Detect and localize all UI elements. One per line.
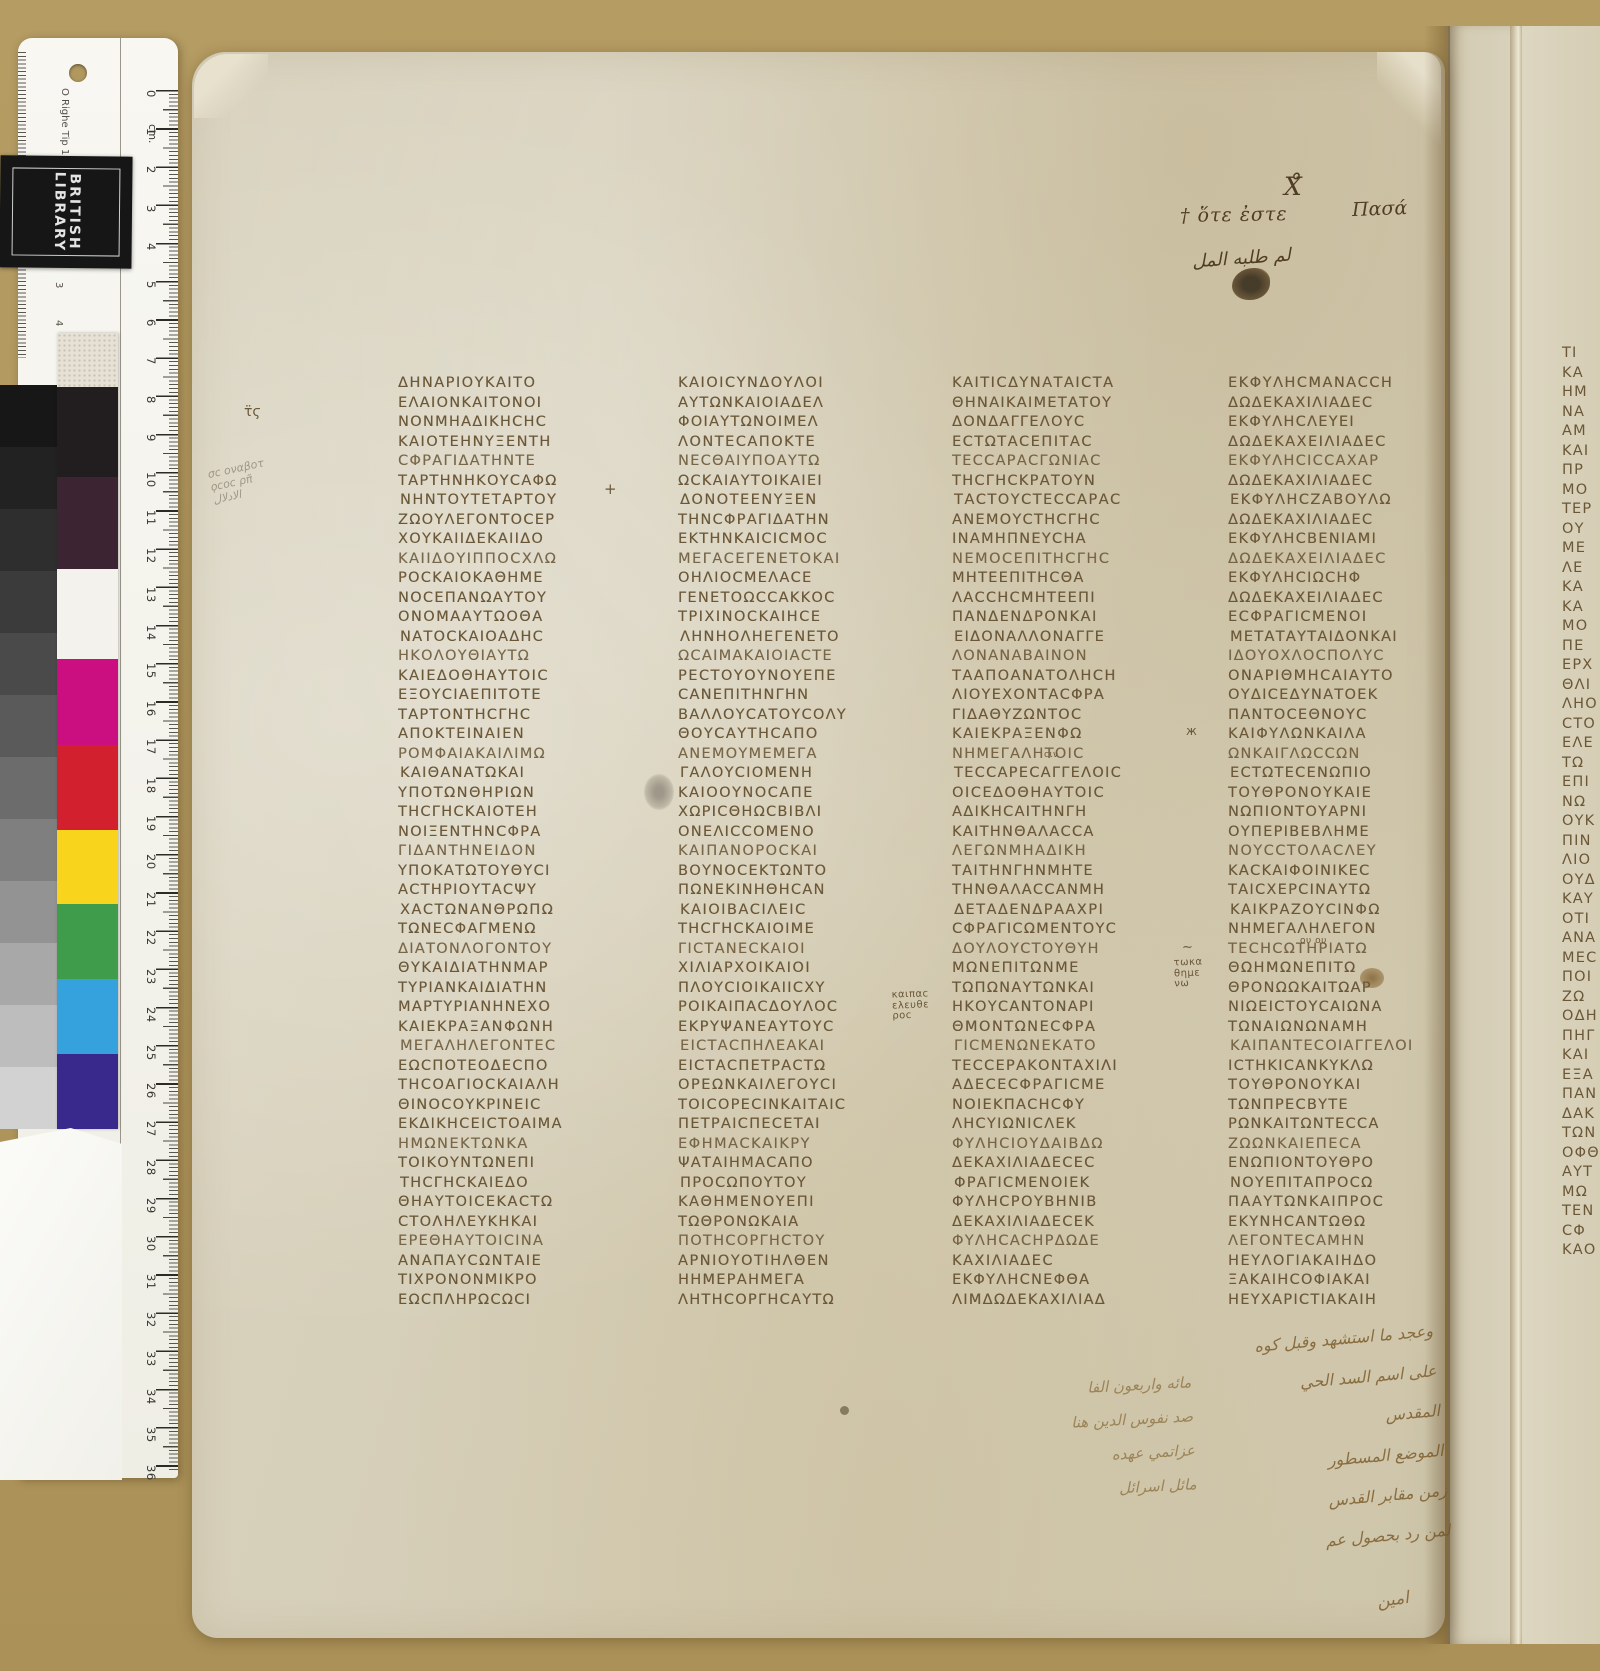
greek-text-line: ΩϹΚΑΙΑΥΤΟΙΚΑΙΕΙ [678, 472, 898, 492]
greek-text-line: ΗΚΟΥϹΑΝΤΟΝΑΡΙ [952, 998, 1172, 1018]
greek-text-line: ΤΗϹΓΗϹΚΑΙΟΙΜΕ [678, 920, 898, 940]
next-leaf-outer-face: ΤΙΚΑΗΜΝΑΑΜΚΑΙΠΡΜΟΤΕΡΟΥΜΕΛΕΚΑΚΑΜΟΠΕΕΡΧΘΛΙ… [1522, 26, 1600, 1644]
greek-text-line: ϹΑΝΕΠΙΤΗΝΓΗΝ [678, 686, 898, 706]
gray-12-swatch [0, 1067, 57, 1129]
fragment-line: ΕΛΕ [1562, 734, 1600, 754]
greek-text-line: ΓΑΛΟΥϹΙΟΜΕΝΗ [680, 764, 900, 784]
greek-text-line: ΔΗΝΑΡΙΟΥΚΑΙΤΟ [398, 374, 618, 394]
greek-text-line: ΑϹΤΗΡΙΟΥΤΑϹΨΥ [398, 881, 618, 901]
greek-text-line: ΑΝΑΠΑΥϹΩΝΤΑΙΕ [398, 1252, 618, 1272]
dark-maroon-swatch [57, 477, 118, 569]
greek-text-line: ΤΙΧΡΟΝΟΝΜΙΚΡΟ [398, 1271, 618, 1291]
fragment-line: ΑΝΑ [1562, 929, 1600, 949]
fragment-line: ΟΦΘ [1562, 1144, 1600, 1164]
green-swatch [57, 904, 118, 979]
greek-text-line: ΝΑΤΟϹΚΑΙΟΑΔΗϹ [400, 628, 620, 648]
ruler-cm-label-5: 5 [144, 281, 158, 289]
ruler-cm-label-3: 3 [144, 205, 158, 213]
greek-text-line: ΤΑΙϹΧΕΡϹΙΝΑΥΤΩ [1228, 881, 1448, 901]
next-leaf-sliver: ΤΙΚΑΗΜΝΑΑΜΚΑΙΠΡΜΟΤΕΡΟΥΜΕΛΕΚΑΚΑΜΟΠΕΕΡΧΘΛΙ… [1448, 26, 1600, 1644]
fragment-line: ΠΟΙ [1562, 968, 1600, 988]
greek-text-line: ΑΔΙΚΗϹΑΙΤΗΝΓΗ [952, 803, 1172, 823]
greek-text-line: ΗΗΜΕΡΑΗΜΕΓΑ [678, 1271, 898, 1291]
grayscale-calibration-strip [0, 385, 57, 1129]
greek-text-line: ΜΕΓΑΛΗΛΕΓΟΝΤΕϹ [400, 1037, 620, 1057]
fragment-line: ΜΕ [1562, 539, 1600, 559]
fragment-line: ΤΩΝ [1562, 1124, 1600, 1144]
greek-text-line: ΑΝΕΜΟΥϹΤΗϹΓΗϹ [952, 511, 1172, 531]
fragment-line: ΚΑ [1562, 578, 1600, 598]
fragment-line: ΝΑ [1562, 403, 1600, 423]
greek-text-line: ΤΩΠΩΝΑΥΤΩΝΚΑΙ [952, 979, 1172, 999]
manuscript-page: ΔΗΝΑΡΙΟΥΚΑΙΤΟΕΛΑΙΟΝΚΑΙΤΟΝΟΙΝΟΝΜΗΑΔΙΚΗϹΗϹ… [192, 52, 1445, 1638]
ruler-cm-label-2: 2 [144, 166, 158, 174]
gutter-shadow [1424, 26, 1450, 1644]
greek-text-line: ΠΑΑΥΤΩΝΚΑΙΠΡΟϹ [1228, 1193, 1448, 1213]
greek-text-line: ΕΚΦΥΛΗϹΜΑΝΑϹϹΗ [1228, 374, 1448, 394]
greek-text-line: ΕΚΤΗΝΚΑΙϹΙϹΜΟϹ [678, 530, 898, 550]
greek-text-line: ΛΟΝΑΝΑΒΑΙΝΟΝ [952, 647, 1172, 667]
ruler-cm-label-0: 0 [144, 90, 158, 98]
greek-text-line: ΒΟΥΝΟϹΕΚΤΩΝΤΟ [678, 862, 898, 882]
greek-text-line: ΧΑϹΤΩΝΑΝΘΡΩΠΩ [400, 901, 620, 921]
greek-text-line: ΚΑΙΤΙϹΔΥΝΑΤΑΙϹΤΑ [952, 374, 1172, 394]
text-column-4: ΕΚΦΥΛΗϹΜΑΝΑϹϹΗΔΩΔΕΚΑΧΙΛΙΑΔΕϹΕΚΦΥΛΗϹΛΕΥΕΙ… [1228, 374, 1448, 1310]
british-library-tag: BRITISH LIBRARY [0, 155, 133, 268]
fragment-line: ΕΞΑ [1562, 1066, 1600, 1086]
greek-text-line: ΦΡΑΓΙϹΜΕΝΟΙΕΚ [954, 1174, 1174, 1194]
interlinear-superscript-sin: ϲιν [1044, 750, 1059, 760]
greek-text-line: ΤΑΙΤΗΝΓΗΝΜΗΤΕ [952, 862, 1172, 882]
ruler-cm-label-6: 6 [144, 319, 158, 327]
small-ink-dot [840, 1406, 849, 1415]
greek-text-line: ΑΠΟΚΤΕΙΝΑΙΕΝ [398, 725, 618, 745]
greek-text-line: ΚΑΙΦΥΛΩΝΚΑΙΛΑ [1228, 725, 1448, 745]
interlinear-superscript-ou: ου ου [1300, 936, 1327, 946]
black-swatch [57, 387, 118, 477]
ruler-side-label: O Righe Tip 1 [59, 88, 70, 155]
chi-monogram: Χ̊ [1284, 172, 1302, 201]
greek-text-line: ΔΩΔΕΚΑΧΙΛΙΑΔΕϹ [1228, 394, 1448, 414]
greek-text-line: ΟΥΠΕΡΙΒΕΒΛΗΜΕ [1228, 823, 1448, 843]
greek-text-line: ΕΚΔΙΚΗϹΕΙϹΤΟΑΙΜΑ [398, 1115, 618, 1135]
fragment-line: ΠΕ [1562, 637, 1600, 657]
greek-text-line: ΝΗΝΤΟΥΤΕΤΑΡΤΟΥ [400, 491, 620, 511]
greek-text-line: ΡΩΝΚΑΙΤΩΝΤΕϹϹΑ [1228, 1115, 1448, 1135]
ruler-cm-label-26: 26 [144, 1083, 158, 1099]
fragment-line: ΤΩ [1562, 754, 1600, 774]
fragment-line: ΟΤΙ [1562, 910, 1600, 930]
fragment-line: ΘΛΙ [1562, 676, 1600, 696]
greek-text-line: ΗΕΥΛΟΓΙΑΚΑΙΗΔΟ [1228, 1252, 1448, 1272]
greek-text-line: ΤΟΥΘΡΟΝΟΥΚΑΙΕ [1228, 784, 1448, 804]
greek-text-line: ΕΞΟΥϹΙΑΕΠΙΤΟΤΕ [398, 686, 618, 706]
greek-text-line: ΝΟΥΕΠΙΤΑΠΡΟϹΩ [1230, 1174, 1450, 1194]
greek-text-line: ΚΑΙΙΔΟΥΙΠΠΟϹΧΛΩ [398, 550, 618, 570]
text-column-1: ΔΗΝΑΡΙΟΥΚΑΙΤΟΕΛΑΙΟΝΚΑΙΤΟΝΟΙΝΟΝΜΗΑΔΙΚΗϹΗϹ… [398, 374, 618, 1310]
greek-text-line: ΤΩΝΠΡΕϹΒΥΤΕ [1228, 1096, 1448, 1116]
greek-text-line: ΘΜΟΝΤΩΝΕϹΦΡΑ [952, 1018, 1172, 1038]
fragment-line: ΠΗΓ [1562, 1027, 1600, 1047]
pencil-margin-note: σϲ οναβοτϙϲοϲ ρπ̃الادلال [207, 456, 271, 506]
greek-text-line: ΩΝΚΑΙΓΛΩϹϹΩΝ [1228, 745, 1448, 765]
greek-text-line: ΚΑΙΟΟΥΝΟϹΑΠΕ [678, 784, 898, 804]
ruler-side-number-3: 3 [53, 282, 64, 288]
ruler-side-number-4: 4 [53, 320, 64, 326]
greek-text-line: ΦΥΛΗϹΑϹΗΡΔΩΔΕ [952, 1232, 1172, 1252]
fragment-line: ΛΕ [1562, 559, 1600, 579]
greek-text-line: ΔΩΔΕΚΑΧΙΛΙΑΔΕϹ [1228, 472, 1448, 492]
ruler-cm-label-36: 36 [144, 1465, 158, 1481]
fragment-line: ΤΙ [1562, 344, 1600, 364]
ruler-cm-label-11: 11 [144, 510, 158, 526]
greek-text-line: ΤΕϹϹΑΡΕϹΑΓΓΕΛΟΙϹ [954, 764, 1174, 784]
greek-text-line: ΚΑΧΙΛΙΑΔΕϹ [952, 1252, 1172, 1272]
greek-text-line: ΕΚΦΥΛΗϹΙϹϹΑΧΑΡ [1228, 452, 1448, 472]
greek-text-line: ΓΙϹΜΕΝΩΝΕΚΑΤΟ [954, 1037, 1174, 1057]
page-fold-edge [1510, 26, 1522, 1644]
fragment-line: ΗΜ [1562, 383, 1600, 403]
glassine-patch [57, 333, 118, 387]
greek-text-line: ΝΟΙΕΚΠΑϹΗϹΦΥ [952, 1096, 1172, 1116]
white-card [0, 1128, 122, 1480]
gray-4-swatch [0, 571, 57, 633]
tag-text: BRITISH LIBRARY [51, 172, 82, 253]
partial-text-column: ΤΙΚΑΗΜΝΑΑΜΚΑΙΠΡΜΟΤΕΡΟΥΜΕΛΕΚΑΚΑΜΟΠΕΕΡΧΘΛΙ… [1562, 344, 1600, 1261]
color-patches [57, 387, 118, 1129]
fragment-line: ΚΑΟ [1562, 1241, 1600, 1261]
greek-text-line: ΚΑΙΠΑΝΟΡΟϹΚΑΙ [678, 842, 898, 862]
greek-text-line: ΤΑΡΤΟΝΤΗϹΓΗϹ [398, 706, 618, 726]
greek-text-line: ΟΗΛΙΟϹΜΕΛΑϹΕ [678, 569, 898, 589]
greek-text-line: ΤΩΝΕϹΦΑΓΜΕΝΩ [398, 920, 618, 940]
greek-text-line: ΔΕΚΑΧΙΛΙΑΔΕϹΕϹ [952, 1154, 1172, 1174]
greek-text-line: ΛΕΓΟΝΤΕϹΑΜΗΝ [1228, 1232, 1448, 1252]
greek-text-line: ΡΕϹΤΟΥΟΥΝΟΥΕΠΕ [678, 667, 898, 687]
yellow-swatch [57, 830, 118, 904]
greek-text-line: ΠΛΟΥϹΙΟΙΚΑΙΙϹΧΥ [678, 979, 898, 999]
ruler-cm-label-12: 12 [144, 548, 158, 564]
greek-text-line: ΦΟΙΑΥΤΩΝΟΙΜΕΛ [678, 413, 898, 433]
greek-text-line: ΤΕϹΗϹΩΤΗΡΙΑΤΩ [1228, 940, 1448, 960]
gray-8-swatch [0, 819, 57, 881]
ruler-cm-label-33: 33 [144, 1351, 158, 1367]
greek-text-line: ΦΥΛΗϹΡΟΥΒΗΝΙΒ [952, 1193, 1172, 1213]
ruler-cm-label-20: 20 [144, 854, 158, 870]
greek-text-line: ΡΟΙΚΑΙΠΑϹΔΟΥΛΟϹ [678, 998, 898, 1018]
red-swatch [57, 745, 118, 830]
greek-text-line: ΛΗΝΗΟΛΗΕΓΕΝΕΤΟ [680, 628, 900, 648]
greek-text-line: ΥΠΟΤΩΝΘΗΡΙΩΝ [398, 784, 618, 804]
greek-text-line: ΧΙΛΙΑΡΧΟΙΚΑΙΟΙ [678, 959, 898, 979]
fragment-line: ΟΥ [1562, 520, 1600, 540]
greek-text-line: ΤΑΑΠΟΑΝΑΤΟΛΗϹΗ [952, 667, 1172, 687]
fragment-line: ΛΗΟ [1562, 695, 1600, 715]
greek-text-line: ΚΑϹΚΑΙΦΟΙΝΙΚΕϹ [1228, 862, 1448, 882]
greek-text-line: ΤΩΝΑΙΩΝΩΝΑΜΗ [1228, 1018, 1448, 1038]
greek-text-line: ΤΟΙϹΟΡΕϹΙΝΚΑΙΤΑΙϹ [678, 1096, 898, 1116]
ruler-cm-label-9: 9 [144, 434, 158, 442]
greek-text-line: ΛΙΟΥΕΧΟΝΤΑϹΦΡΑ [952, 686, 1172, 706]
ruler-cm-label-14: 14 [144, 625, 158, 641]
page-corner-fold [194, 54, 268, 118]
greek-text-line: ΘΟΥϹΑΥΤΗϹΑΠΟ [678, 725, 898, 745]
greek-text-line: ΛΙΜΔΩΔΕΚΑΧΙΛΙΑΔ [952, 1291, 1172, 1311]
margin-reference-mark: ж [1186, 724, 1197, 738]
margin-cross-mark: + [604, 480, 617, 498]
greek-text-line: ΤΑΡΤΗΝΗΚΟΥϹΑΦΩ [398, 472, 618, 492]
fragment-line: ΕΡΧ [1562, 656, 1600, 676]
greek-text-line: ΕΚΦΥΛΗϹΛΕΥΕΙ [1228, 413, 1448, 433]
greek-text-line: ΕΚΦΥΛΗϹΖΑΒΟΥΛΩ [1230, 491, 1450, 511]
greek-text-line: ΚΑΙΠΑΝΤΕϹΟΙΑΓΓΕΛΟΙ [1230, 1037, 1450, 1057]
greek-text-line: ΜΗΤΕΕΠΙΤΗϹΘΑ [952, 569, 1172, 589]
cyan-blue-swatch [57, 979, 118, 1054]
greek-text-line: ΚΑΙΟΙΒΑϹΙΛΕΙϹ [680, 901, 900, 921]
gray-3-swatch [0, 509, 57, 571]
tag-line1: BRITISH [66, 172, 82, 253]
ruler-cm-label-17: 17 [144, 739, 158, 755]
cursive-ink-note-line1: † ὅτε ἐστε [1180, 203, 1288, 227]
greek-text-line: ΓΙΔΑΘΥΖΩΝΤΟϹ [952, 706, 1172, 726]
greek-text-line: ΔΩΔΕΚΑΧΕΙΛΙΑΔΕϹ [1228, 550, 1448, 570]
arabic-annotation-center: مائه واربعون الفاصد نفوس الدين هناعزاتمي… [1011, 1365, 1198, 1510]
greek-text-line: ΨΑΤΑΙΗΜΑϹΑΠΟ [678, 1154, 898, 1174]
greek-text-line: ΙΝΑΜΗΠΝΕΥϹΗΑ [952, 530, 1172, 550]
greek-text-line: ΗΚΟΛΟΥΘΙΑΥΤΩ [398, 647, 618, 667]
greek-text-line: ΚΑΙΕΚΡΑΞΑΝΦΩΝΗ [398, 1018, 618, 1038]
greek-text-line: ΝΗΜΕΓΑΛΗΛΕΓΟΝ [1228, 920, 1448, 940]
photograph-of-codex-page: ΤΙΚΑΗΜΝΑΑΜΚΑΙΠΡΜΟΤΕΡΟΥΜΕΛΕΚΑΚΑΜΟΠΕΕΡΧΘΛΙ… [0, 0, 1600, 1671]
greek-text-line: ΜΕΤΑΤΑΥΤΑΙΔΟΝΚΑΙ [1230, 628, 1450, 648]
fragment-line: ΑΜ [1562, 422, 1600, 442]
ruler-cm-label-4: 4 [144, 243, 158, 251]
ruler-cm-label-21: 21 [144, 892, 158, 908]
greek-text-line: ΦΥΛΗϹΙΟΥΔΑΙΒΔΩ [952, 1135, 1172, 1155]
ruler-cm-ticks [156, 90, 178, 1472]
greek-text-line: ΠΡΟϹΩΠΟΥΤΟΥ [680, 1174, 900, 1194]
greek-text-line: ΑΥΤΩΝΚΑΙΟΙΑΔΕΛ [678, 394, 898, 414]
white-swatch [57, 569, 118, 659]
greek-text-line: ΕΙΔΟΝΑΛΛΟΝΑΓΓΕ [954, 628, 1174, 648]
arabic-annotation-amen: امين [1376, 1588, 1410, 1612]
greek-text-line: ΔΟΝΟΤΕΕΝΥΞΕΝ [680, 491, 900, 511]
greek-text-line: ΝΕΜΟϹΕΠΙΤΗϹΓΗϹ [952, 550, 1172, 570]
fragment-line: ΠΑΝ [1562, 1085, 1600, 1105]
ruler-cm-label-24: 24 [144, 1007, 158, 1023]
greek-text-line: ΚΑΙΘΑΝΑΤΩΚΑΙ [400, 764, 620, 784]
fragment-line: ΟΔΗ [1562, 1007, 1600, 1027]
greek-text-line: ΔΩΔΕΚΑΧΕΙΛΙΑΔΕϹ [1228, 433, 1448, 453]
greek-text-line: ΛΗΤΗϹΟΡΓΗϹΑΥΤΩ [678, 1291, 898, 1311]
greek-text-line: ΔΙΑΤΟΝΛΟΓΟΝΤΟΥ [398, 940, 618, 960]
ruler-cm-label-10: 10 [144, 472, 158, 488]
greek-text-line: ΔΕΤΑΔΕΝΔΡΑΑΧΡΙ [954, 901, 1174, 921]
ruler-cm-label-28: 28 [144, 1160, 158, 1176]
ink-blot [1232, 268, 1270, 300]
greek-text-line: ΜΩΝΕΠΙΤΩΝΜΕ [952, 959, 1172, 979]
greek-text-line: ΝΕϹΘΑΙΥΠΟΑΥΤΩ [678, 452, 898, 472]
greek-text-line: ΛΗϹΥΙΩΝΙϹΛΕΚ [952, 1115, 1172, 1135]
ruler-cm-label-23: 23 [144, 969, 158, 985]
ruler-hole [69, 64, 87, 82]
greek-text-line: ΓΕΝΕΤΟΩϹϹΑΚΚΟϹ [678, 589, 898, 609]
greek-text-line: ΔΩΔΕΚΑΧΕΙΛΙΑΔΕϹ [1228, 589, 1448, 609]
greek-text-line: ΤΥΡΙΑΝΚΑΙΔΙΑΤΗΝ [398, 979, 618, 999]
fragment-line: ΟΥΚ [1562, 812, 1600, 832]
greek-text-line: ΚΑΙΟΤΕΗΝΥΞΕΝΤΗ [398, 433, 618, 453]
ruler-cm-label-30: 30 [144, 1236, 158, 1252]
greek-text-line: ΚΑΘΗΜΕΝΟΥΕΠΙ [678, 1193, 898, 1213]
greek-text-line: ΤΗϹΓΗϹΚΑΙΕΔΟ [400, 1174, 620, 1194]
greek-text-line: ΝΟΙΞΕΝΤΗΝϹΦΡΑ [398, 823, 618, 843]
tag-line2: LIBRARY [51, 172, 67, 253]
greek-text-line: ΝΩΠΙΟΝΤΟΥΑΡΝΙ [1228, 803, 1448, 823]
greek-text-line: ΘΩΗΜΩΝΕΠΙΤΩ [1228, 959, 1448, 979]
greek-text-line: ΡΟΜΦΑΙΑΚΑΙΛΙΜΩ [398, 745, 618, 765]
greek-text-line: ϹΦΡΑΓΙΔΑΤΗΝΤΕ [398, 452, 618, 472]
fragment-line: ϹΤΟ [1562, 715, 1600, 735]
greek-text-line: ΕϹΦΡΑΓΙϹΜΕΝΟΙ [1228, 608, 1448, 628]
greek-text-line: ΟΡΕΩΝΚΑΙΛΕΓΟΥϹΙ [678, 1076, 898, 1096]
ruler-cm-label-29: 29 [144, 1198, 158, 1214]
greek-text-line: ΕϹΤΩΤΕϹΕΝΩΠΙΟ [1230, 764, 1450, 784]
greek-text-line: ΕΙϹΤΑϹΠΗΛΕΑΚΑΙ [680, 1037, 900, 1057]
greek-text-line: ΤΗϹΟΑΓΙΟϹΚΑΙΑΛΗ [398, 1076, 618, 1096]
ruler-cm-label-31: 31 [144, 1274, 158, 1290]
greek-text-line: ΘΗΑΥΤΟΙϹΕΚΑϹΤΩ [398, 1193, 618, 1213]
greek-text-line: ΓΙϹΤΑΝΕϹΚΑΙΟΙ [678, 940, 898, 960]
greek-text-line: ΕΚΦΥΛΗϹΒΕΝΙΑΜΙ [1228, 530, 1448, 550]
greek-text-line: ΔΟΥΛΟΥϹΤΟΥΘΥΗ [952, 940, 1172, 960]
ruler-cm-label-25: 25 [144, 1045, 158, 1061]
ruler-cm-label-8: 8 [144, 396, 158, 404]
greek-text-line: ΠΕΤΡΑΙϹΠΕϹΕΤΑΙ [678, 1115, 898, 1135]
greek-text-line: ΕΩϹΠΛΗΡΩϹΩϹΙ [398, 1291, 618, 1311]
greek-text-line: ΤΟΙΚΟΥΝΤΩΝΕΠΙ [398, 1154, 618, 1174]
greek-text-line: ΕΦΗΜΑϹΚΑΙΚΡΥ [678, 1135, 898, 1155]
ruler-cm-label-27: 27 [144, 1121, 158, 1137]
fragment-line: ΕΠΙ [1562, 773, 1600, 793]
greek-text-line: ΔΩΔΕΚΑΧΙΛΙΑΔΕϹ [1228, 511, 1448, 531]
fragment-line: ΚΑ [1562, 598, 1600, 618]
gloss-line: ροϲ [892, 1010, 929, 1022]
tag-border: BRITISH LIBRARY [12, 167, 121, 256]
text-column-3: ΚΑΙΤΙϹΔΥΝΑΤΑΙϹΤΑΘΗΝΑΙΚΑΙΜΕΤΑΤΟΥΔΟΝΔΑΓΓΕΛ… [952, 374, 1172, 1310]
greek-text-line: ΓΙΔΑΝΤΗΝΕΙΔΟΝ [398, 842, 618, 862]
gray-1-swatch [0, 385, 57, 447]
fragment-line: ΜΟ [1562, 481, 1600, 501]
arabic-annotation-right: وعجد ما استشهد وقبل كوهعلى اسم السد الحي… [1222, 1311, 1452, 1568]
greek-text-line: ΗΕΥΧΑΡΙϹΤΙΑΚΑΙΗ [1228, 1291, 1448, 1311]
greek-text-line: ΝΟϹΕΠΑΝΩΑΥΤΟΥ [398, 589, 618, 609]
greek-text-line: ΧΟΥΚΑΙΙΔΕΚΑΙΙΔΟ [398, 530, 618, 550]
greek-text-line: ΑΡΝΙΟΥΟΤΙΗΛΘΕΝ [678, 1252, 898, 1272]
violet-swatch [57, 1054, 118, 1129]
greek-text-line: ΧΩΡΙϹΘΗΩϹΒΙΒΛΙ [678, 803, 898, 823]
fragment-line: ΚΑΙ [1562, 1046, 1600, 1066]
ruler-cm-label-7: 7 [144, 357, 158, 365]
greek-text-line: ΛΑϹϹΗϹΜΗΤΕΕΠΙ [952, 589, 1172, 609]
greek-text-line: ΚΑΙΕΔΟΘΗΑΥΤΟΙϹ [398, 667, 618, 687]
greek-text-line: ΤΗΝΘΑΛΑϹϹΑΝΜΗ [952, 881, 1172, 901]
greek-text-line: ΕΩϹΠΟΤΕΟΔΕϹΠΟ [398, 1057, 618, 1077]
greek-text-line: ΘΥΚΑΙΔΙΑΤΗΝΜΑΡ [398, 959, 618, 979]
fragment-line: ΖΩ [1562, 988, 1600, 1008]
ruler-cm-label-32: 32 [144, 1312, 158, 1328]
greek-text-line: ΟΥΔΙϹΕΔΥΝΑΤΟΕΚ [1228, 686, 1448, 706]
greek-text-line: ΘΙΝΟϹΟΥΚΡΙΝΕΙϹ [398, 1096, 618, 1116]
greek-text-line: ϹΤΟΛΗΛΕΥΚΗΚΑΙ [398, 1213, 618, 1233]
greek-text-line: ΤΗϹΓΗϹΚΡΑΤΟΥΝ [952, 472, 1172, 492]
greek-text-line: ΝΗΜΕΓΑΛΗΤΟΙϹ [952, 745, 1172, 765]
greek-text-line: ΝΟΝΜΗΑΔΙΚΗϹΗϹ [398, 413, 618, 433]
greek-text-line: ΕΙϹΤΑϹΠΕΤΡΑϹΤΩ [678, 1057, 898, 1077]
ruler-cm-label-16: 16 [144, 701, 158, 717]
greek-text-line: ΤΟΥΘΡΟΝΟΥΚΑΙ [1228, 1076, 1448, 1096]
greek-text-line: ΛΕΓΩΝΜΗΑΔΙΚΗ [952, 842, 1172, 862]
fragment-line: ΤΕΝ [1562, 1202, 1600, 1222]
greek-text-line: ΙΔΟΥΟΧΛΟϹΠΟΛΥϹ [1228, 647, 1448, 667]
greek-text-line: ΚΑΙΚΡΑΖΟΥϹΙΝΦΩ [1230, 901, 1450, 921]
greek-text-line: ΚΑΙΤΗΝΘΑΛΑϹϹΑ [952, 823, 1172, 843]
greek-text-line: ΟΝΑΡΙΘΜΗϹΑΙΑΥΤΟ [1228, 667, 1448, 687]
fragment-line: ΟΥΔ [1562, 871, 1600, 891]
gloss-line: νω [1174, 978, 1203, 990]
greek-text-line: ΑΔΕϹΕϹΦΡΑΓΙϹΜΕ [952, 1076, 1172, 1096]
greek-text-line: ΤΩΘΡΟΝΩΚΑΙΑ [678, 1213, 898, 1233]
magenta-swatch [57, 659, 118, 745]
margin-quire-mark: τ̈ϛ [244, 404, 261, 420]
greek-text-line: ΝΙΩΕΙϹΤΟΥϹΑΙΩΝΑ [1228, 998, 1448, 1018]
margin-gloss-kathemeno: τωκαθημενω [1173, 958, 1203, 990]
fragment-line: ΔΑΚ [1562, 1105, 1600, 1125]
fragment-line: ΜΩ [1562, 1183, 1600, 1203]
greek-text-line: ΚΑΙΟΙϹΥΝΔΟΥΛΟΙ [678, 374, 898, 394]
ruler-cm-label-13: 13 [144, 587, 158, 603]
fragment-line: ϹΦ [1562, 1222, 1600, 1242]
greek-text-line: ΟΙϹΕΔΟΘΗΑΥΤΟΙϹ [952, 784, 1172, 804]
greek-text-line: ΘΡΟΝΩΩΚΑΙΤΩΑΡ [1228, 979, 1448, 999]
greek-text-line: ΕΡΕΘΗΑΥΤΟΙϹΙΝΑ [398, 1232, 618, 1252]
ruler-cm-label-22: 22 [144, 930, 158, 946]
gray-6-swatch [0, 695, 57, 757]
greek-text-line: ΖΩΟΥΛΕΓΟΝΤΟϹΕΡ [398, 511, 618, 531]
fragment-line: ΚΑΙ [1562, 442, 1600, 462]
fragment-line: ΜΕϹ [1562, 949, 1600, 969]
greek-text-line: ΤΕϹϹΕΡΑΚΟΝΤΑΧΙΛΙ [952, 1057, 1172, 1077]
greek-text-line: ΠΑΝΤΟϹΕΘΝΟΥϹ [1228, 706, 1448, 726]
fragment-line: ΛΙΟ [1562, 851, 1600, 871]
gray-9-swatch [0, 881, 57, 943]
greek-text-line: ΤΡΙΧΙΝΟϹΚΑΙΗϹΕ [678, 608, 898, 628]
greek-text-line: ΕΚΦΥΛΗϹΝΕΦΘΑ [952, 1271, 1172, 1291]
fragment-line: ΝΩ [1562, 793, 1600, 813]
margin-tilde-mark: ∼ [1182, 940, 1193, 955]
greek-text-line: ΜΑΡΤΥΡΙΑΝΗΝΕΧΟ [398, 998, 618, 1018]
ruler-cm-label-15: 15 [144, 663, 158, 679]
greek-text-line: ΕΚΡΥΨΑΝΕΑΥΤΟΥϹ [678, 1018, 898, 1038]
greek-text-line: ΕΛΑΙΟΝΚΑΙΤΟΝΟΙ [398, 394, 618, 414]
margin-gloss-eleutheros: καιπαϲελευθεροϲ [891, 989, 929, 1022]
ruler-cm-label-18: 18 [144, 778, 158, 794]
greek-text-line: ΒΑΛΛΟΥϹΑΤΟΥϹΟΛΥ [678, 706, 898, 726]
greek-text-line: ΝΟΥϹϹΤΟΛΑϹΛΕΥ [1228, 842, 1448, 862]
fragment-line: ΠΡ [1562, 461, 1600, 481]
gray-10-swatch [0, 943, 57, 1005]
greek-text-line: ΕΚΥΝΗϹΑΝΤΩΘΩ [1228, 1213, 1448, 1233]
gray-2-swatch [0, 447, 57, 509]
